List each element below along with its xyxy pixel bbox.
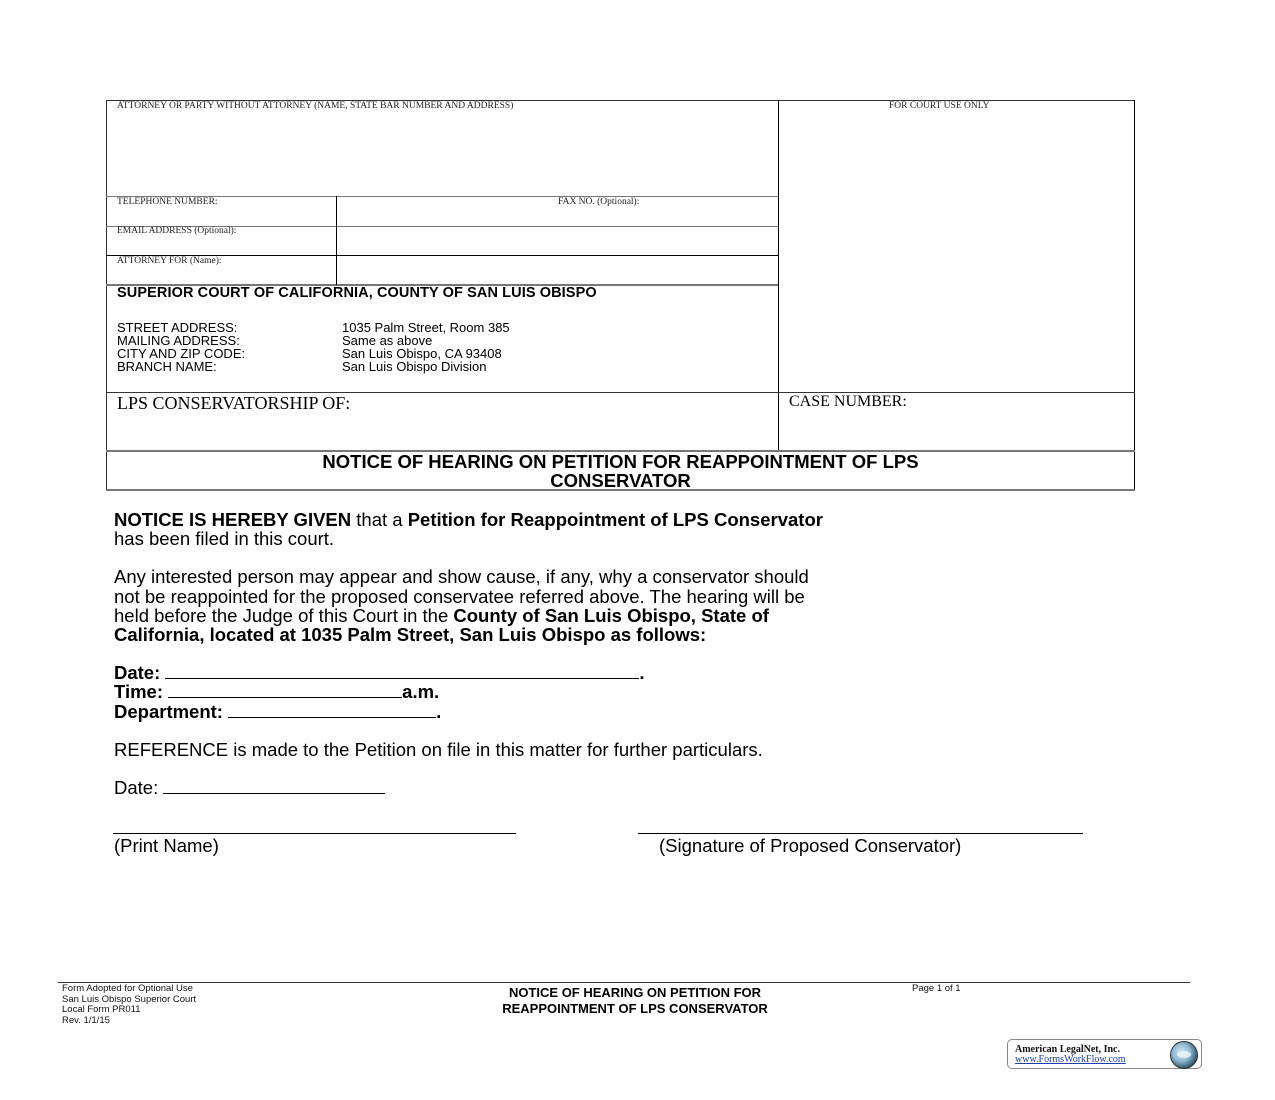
- notice-text: that a: [351, 509, 408, 530]
- signature-date-field[interactable]: [163, 778, 385, 794]
- footer-title: NOTICE OF HEARING ON PETITION FOR REAPPO…: [420, 985, 850, 1017]
- footer-rule: [58, 982, 1190, 983]
- hearing-date-row: Date: .: [114, 663, 645, 683]
- footer-line: Form Adopted for Optional Use: [62, 984, 196, 995]
- form-title-line2: CONSERVATOR: [106, 471, 1135, 490]
- hearing-text: held before the Judge of this Court in t…: [114, 605, 453, 626]
- hearing-location-1: County of San Luis Obispo, State of: [453, 605, 769, 626]
- signature-date-row: Date:: [114, 778, 385, 798]
- form-title-line1: NOTICE OF HEARING ON PETITION FOR REAPPO…: [106, 452, 1135, 471]
- legalnet-badge[interactable]: American LegalNet, Inc. www.FormsWorkFlo…: [1007, 1039, 1202, 1069]
- hearing-time-row: Time: a.m.: [114, 682, 439, 702]
- conservatorship-label: LPS CONSERVATORSHIP OF:: [117, 393, 350, 414]
- print-name-line[interactable]: [113, 833, 516, 834]
- footer-title-line1: NOTICE OF HEARING ON PETITION FOR: [420, 985, 850, 1001]
- notice-lead: NOTICE IS HEREBY GIVEN: [114, 509, 351, 530]
- court-use-divider: [778, 100, 779, 450]
- email-field[interactable]: [337, 226, 778, 255]
- department-label: Department:: [114, 701, 223, 722]
- table-border-right: [1134, 100, 1135, 490]
- print-name-caption: (Print Name): [114, 835, 219, 857]
- email-label: EMAIL ADDRESS (Optional):: [117, 226, 236, 236]
- hearing-date-suffix: .: [639, 662, 644, 683]
- case-number-field[interactable]: [779, 414, 1134, 450]
- page-number: Page 1 of 1: [912, 983, 961, 994]
- attorney-info-field[interactable]: [106, 110, 778, 196]
- hearing-date-field[interactable]: [165, 663, 639, 679]
- signature-date-label: Date:: [114, 777, 158, 798]
- footer-line: Rev. 1/1/15: [62, 1016, 196, 1027]
- hearing-date-label: Date:: [114, 662, 160, 683]
- caption-table: ATTORNEY OR PARTY WITHOUT ATTORNEY (NAME…: [106, 100, 1135, 490]
- reference-text: REFERENCE is made to the Petition on fil…: [114, 740, 763, 760]
- notice-paragraph-line2: has been filed in this court.: [114, 529, 334, 549]
- petition-name: Petition for Reappointment of LPS Conser…: [408, 509, 823, 530]
- hearing-department-row: Department: .: [114, 702, 441, 722]
- case-number-label: CASE NUMBER:: [789, 393, 907, 411]
- signature-caption: (Signature of Proposed Conservator): [659, 835, 961, 857]
- conservatorship-field[interactable]: [106, 416, 778, 450]
- department-field[interactable]: [228, 702, 436, 718]
- footer-form-info: Form Adopted for Optional UseSan Luis Ob…: [62, 984, 196, 1026]
- branch-name-value: San Luis Obispo Division: [342, 360, 487, 373]
- hearing-paragraph-line1: Any interested person may appear and sho…: [114, 567, 809, 587]
- signature-line[interactable]: [638, 833, 1083, 834]
- court-name: SUPERIOR COURT OF CALIFORNIA, COUNTY OF …: [117, 285, 597, 301]
- hearing-paragraph-line3: held before the Judge of this Court in t…: [114, 606, 769, 626]
- hearing-paragraph-line4: California, located at 1035 Palm Street,…: [114, 625, 706, 645]
- footer-line: Local Form PR011: [62, 1005, 196, 1016]
- court-use-label: FOR COURT USE ONLY: [889, 101, 989, 111]
- hearing-time-field[interactable]: [168, 682, 402, 698]
- branch-name-label: BRANCH NAME:: [117, 360, 217, 373]
- hearing-paragraph-line2: not be reappointed for the proposed cons…: [114, 587, 805, 607]
- department-suffix: .: [436, 701, 441, 722]
- attorney-for-label: ATTORNEY FOR (Name):: [117, 256, 222, 266]
- globe-icon: [1170, 1041, 1198, 1069]
- attorney-for-field[interactable]: [337, 255, 778, 284]
- telephone-field[interactable]: [106, 196, 336, 226]
- hearing-time-label: Time:: [114, 681, 163, 702]
- notice-paragraph-line1: NOTICE IS HEREBY GIVEN that a Petition f…: [114, 510, 823, 530]
- footer-title-line2: REAPPOINTMENT OF LPS CONSERVATOR: [420, 1001, 850, 1017]
- fax-field[interactable]: [337, 196, 778, 226]
- hearing-time-suffix: a.m.: [402, 681, 439, 702]
- badge-url-link[interactable]: www.FormsWorkFlow.com: [1015, 1054, 1126, 1065]
